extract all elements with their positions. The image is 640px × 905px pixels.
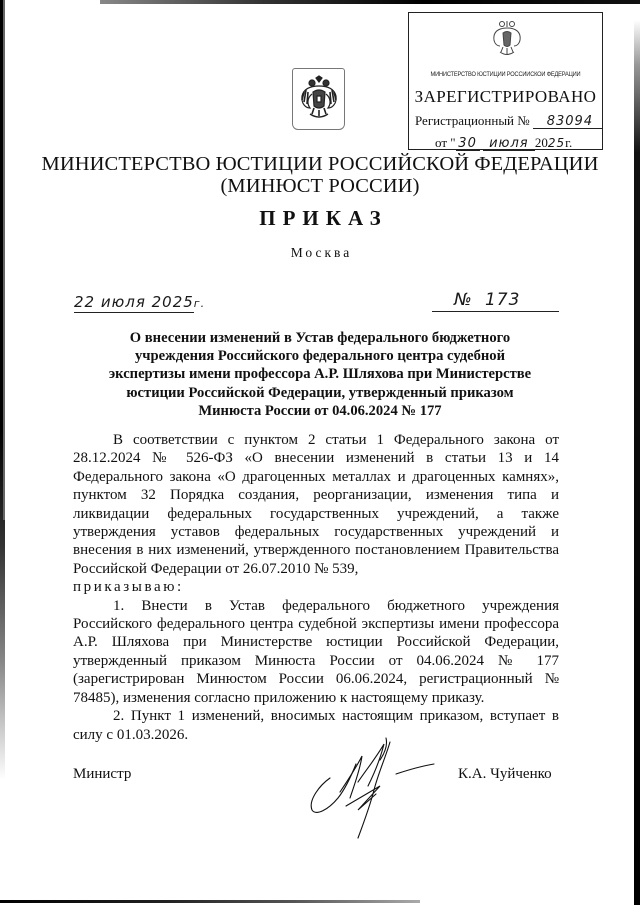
order-word: приказываю: [73, 578, 559, 596]
stamp-date-day: 30 [456, 137, 480, 151]
order-number-prefix: № [454, 290, 473, 310]
order-date: 22 июля 2025г. [74, 293, 205, 312]
order-date-suffix: г. [194, 297, 205, 310]
scan-edge-bottom [0, 900, 420, 903]
order-subject: О внесении изменений в Устав федеральног… [80, 329, 560, 420]
stamp-date-year-prefix: 20 [535, 135, 548, 150]
subject-line: Минюста России от 04.06.2024 № 177 [80, 402, 560, 420]
stamp-date-prefix: от " [435, 135, 456, 150]
stamp-ministry-line: МИНИСТЕРСТВО ЮСТИЦИИ РОССИЙСКОЙ ФЕДЕРАЦИ… [417, 71, 595, 78]
subject-line: учреждения Российского федерального цент… [80, 347, 560, 365]
stamp-registration-number: Регистрационный № 83094 [415, 113, 603, 129]
order-number-value: 173 [485, 290, 520, 310]
registration-stamp: МИНИСТЕРСТВО ЮСТИЦИИ РОССИЙСКОЙ ФЕДЕРАЦИ… [408, 12, 603, 150]
subject-line: экспертизы имени профессора А.Р. Шляхова… [80, 365, 560, 383]
coat-of-arms-emblem [292, 68, 345, 130]
signatory-name: К.А. Чуйченко [458, 766, 552, 783]
order-date-handwritten: 22 июля 2025 [74, 293, 194, 313]
stamp-reg-number: 83094 [533, 115, 603, 129]
document-type-title: ПРИКАЗ [0, 206, 640, 231]
ministry-name: МИНИСТЕРСТВО ЮСТИЦИИ РОССИЙСКОЙ ФЕДЕРАЦИ… [0, 153, 640, 175]
subject-line: юстиции Российской Федерации, утвержденн… [80, 384, 560, 402]
order-item-1: 1. Внести в Устав федерального бюджетног… [73, 597, 559, 707]
scan-edge-top [100, 0, 640, 4]
stamp-status: ЗАРЕГИСТРИРОВАНО [409, 87, 602, 107]
city: Москва [0, 245, 640, 261]
preamble-text: В соответствии с пунктом 2 статьи 1 Феде… [73, 432, 559, 577]
stamp-reg-label: Регистрационный № [415, 113, 530, 128]
ministry-short-name: (МИНЮСТ РОССИИ) [0, 175, 640, 197]
stamp-registration-date: от "30 июля2025г. [435, 135, 572, 151]
order-number: № 173 [432, 290, 559, 312]
signatory-role: Министр [73, 766, 131, 783]
order-body: В соответствии с пунктом 2 статьи 1 Феде… [73, 431, 559, 744]
handwritten-signature-icon [300, 730, 450, 840]
stamp-date-year-suffix: 25 [548, 137, 565, 150]
stamp-date-year-unit: г. [565, 135, 572, 150]
stamp-date-month: июля [483, 137, 535, 151]
russian-coat-of-arms-icon [491, 18, 523, 58]
subject-line: О внесении изменений в Устав федеральног… [80, 329, 560, 347]
preamble-paragraph: В соответствии с пунктом 2 статьи 1 Феде… [73, 431, 559, 578]
russian-coat-of-arms-icon [298, 74, 340, 124]
ministry-header: МИНИСТЕРСТВО ЮСТИЦИИ РОССИЙСКОЙ ФЕДЕРАЦИ… [0, 153, 640, 197]
